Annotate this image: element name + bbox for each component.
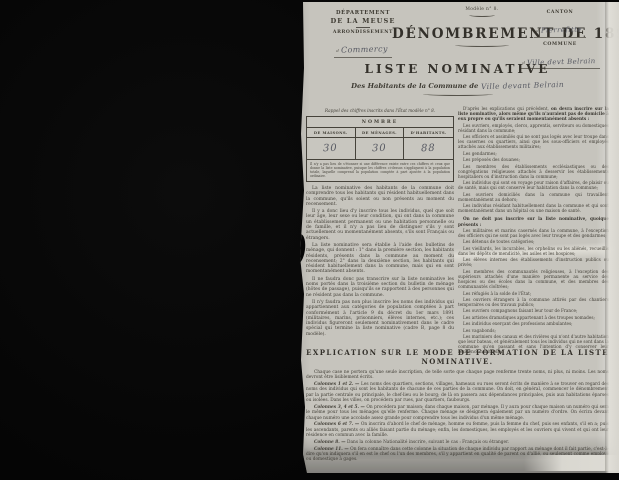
subtitle: Des Habitants de la Commune de Ville dev… <box>296 81 619 90</box>
column-header-menages: DE MÉNAGES. <box>356 128 405 137</box>
value-menages: 30 <box>356 137 405 159</box>
include-intro: D'après les explications qui précèdent, … <box>458 106 609 121</box>
list-item: Les ouvriers étrangers à la commune atti… <box>458 297 609 307</box>
explanation-title: EXPLICATION SUR LE MODE DE FORMATION DE … <box>306 348 609 366</box>
list-item: Les élèves internes des établissements d… <box>458 257 609 267</box>
value-maisons: 30 <box>307 137 356 159</box>
header-right-block: CANTON dPierrefitte COMMUNE dVille devt … <box>510 10 610 69</box>
explanation-paragraph: Chaque case ne portera qu'une seule insc… <box>306 370 609 381</box>
exclude-intro: On ne doit pas inscrire sur la liste nom… <box>458 216 609 226</box>
canton-entry: dPierrefitte <box>534 17 586 38</box>
left-column: Rappel des chiffres inscrits dans l'État… <box>306 108 454 339</box>
list-item: Les membres des communautés religieuses,… <box>458 269 609 290</box>
table-values-row: 30 30 88 <box>307 137 453 159</box>
right-column: D'après les explications qui précèdent, … <box>458 106 609 356</box>
table-footnote: Il n'y a pas lieu de s'étonner si une di… <box>307 159 453 181</box>
paragraph-text: Dans la colonne Nationalité inscrire, su… <box>347 440 509 445</box>
explanation-paragraph: Colonnes 1 et 2. — Les noms des quartier… <box>306 382 609 403</box>
handwritten-number: 30 <box>323 143 338 154</box>
column-header-habitants: D'HABITANTS. <box>404 128 453 137</box>
list-item: Les gendarmes; <box>458 151 609 156</box>
liste-nominative-title: LISTE NOMINATIVE <box>296 62 619 76</box>
subtitle-printed: Des Habitants de la Commune de <box>351 82 478 90</box>
flourish <box>469 13 495 17</box>
list-item: Les individus qui sont en voyage pour ra… <box>458 180 609 190</box>
list-item: Les préposés des douanes; <box>458 157 609 162</box>
explanation-paragraph: Colonnes 6 et 7. — On inscrira d'abord l… <box>306 422 609 438</box>
arrondissement-handwritten: Commercy <box>341 44 388 54</box>
paragraph-lead: Colonnes 3, 4 et 5. — <box>314 405 366 410</box>
handwritten-number: 88 <box>421 143 436 154</box>
table-column-headers: DE MAISONS. DE MÉNAGES. D'HABITANTS. <box>307 127 453 137</box>
paragraph-lead: Colonne 8. — <box>314 440 347 445</box>
list-item: Les artistes dramatiques appartenant à d… <box>458 315 609 320</box>
list-item: Les détenus de toutes catégories; <box>458 239 609 244</box>
adjacent-page-edge <box>605 2 619 473</box>
subtitle-commune-handwritten: Ville devant Belrain <box>481 80 564 91</box>
scan-artifact <box>291 233 307 264</box>
flourish <box>455 43 509 47</box>
title-block: LISTE NOMINATIVE Des Habitants de la Com… <box>296 62 619 96</box>
fill-in-prefix: d <box>336 48 339 53</box>
list-item: Les individus résidant habituellement da… <box>458 203 609 213</box>
left-column-text: La liste nominative des habitants de la … <box>306 186 454 337</box>
table-header-nombre: NOMBRE <box>307 117 453 127</box>
paragraph: Il y a donc lieu d'y inscrire tous les i… <box>306 209 454 241</box>
paragraph-lead: Colonnes 6 et 7. — <box>314 422 361 427</box>
explanation-paragraph: Colonne 8. — Dans la colonne Nationalité… <box>306 440 609 445</box>
value-habitants: 88 <box>404 137 453 159</box>
paragraph: Il ne faudra donc pas transcrire sur la … <box>306 277 454 298</box>
paragraph-lead: Colonnes 1 et 2. — <box>314 382 361 387</box>
divider <box>356 27 370 28</box>
column-header-maisons: DE MAISONS. <box>307 128 356 137</box>
paragraph: La liste nominative sera établie à l'aid… <box>306 243 454 275</box>
scanner-background: DÉPARTEMENT DE LA MEUSE ARRONDISSEMENT d… <box>0 0 619 480</box>
paragraph-text: Chaque case ne portera qu'une seule insc… <box>306 370 609 380</box>
list-item: Les ouvriers compagnons faisant leur tou… <box>458 308 609 313</box>
flourish <box>423 92 493 96</box>
arrondissement-entry: dCommercy <box>334 37 391 58</box>
commune-label: COMMUNE <box>510 42 610 47</box>
list-item: Les militaires et marins casernés dans l… <box>458 228 609 238</box>
list-item: Les réfugiés à la solde de l'État; <box>458 291 609 296</box>
canton-handwritten: Pierrefitte <box>541 25 582 34</box>
list-item: Les officiers et assimilés qui ne sont p… <box>458 134 609 149</box>
canton-label: CANTON <box>510 10 610 15</box>
paragraph: Il n'y faudra pas non plus inscrire les … <box>306 300 454 337</box>
recap-table: NOMBRE DE MAISONS. DE MÉNAGES. D'HABITAN… <box>306 116 454 182</box>
list-item: Les ouvriers, employés, clercs, apprenti… <box>458 123 609 133</box>
list-item: Les membres des établissements ecclésias… <box>458 164 609 179</box>
handwritten-number: 30 <box>372 143 387 154</box>
fill-in-prefix: d <box>536 28 539 33</box>
list-item: Les ouvriers domiciliés dans la commune … <box>458 192 609 202</box>
recap-caption: Rappel des chiffres inscrits dans l'État… <box>306 108 454 113</box>
explanation-paragraph: Colonnes 3, 4 et 5. — On procédera par m… <box>306 405 609 421</box>
list-item: Les vagabonds; <box>458 328 609 333</box>
list-item: Les vieillards, les incurables, les orph… <box>458 246 609 256</box>
document-page: DÉPARTEMENT DE LA MEUSE ARRONDISSEMENT d… <box>296 2 619 473</box>
list-item: Les individus exerçant des professions a… <box>458 321 609 326</box>
paragraph: La liste nominative des habitants de la … <box>306 186 454 207</box>
